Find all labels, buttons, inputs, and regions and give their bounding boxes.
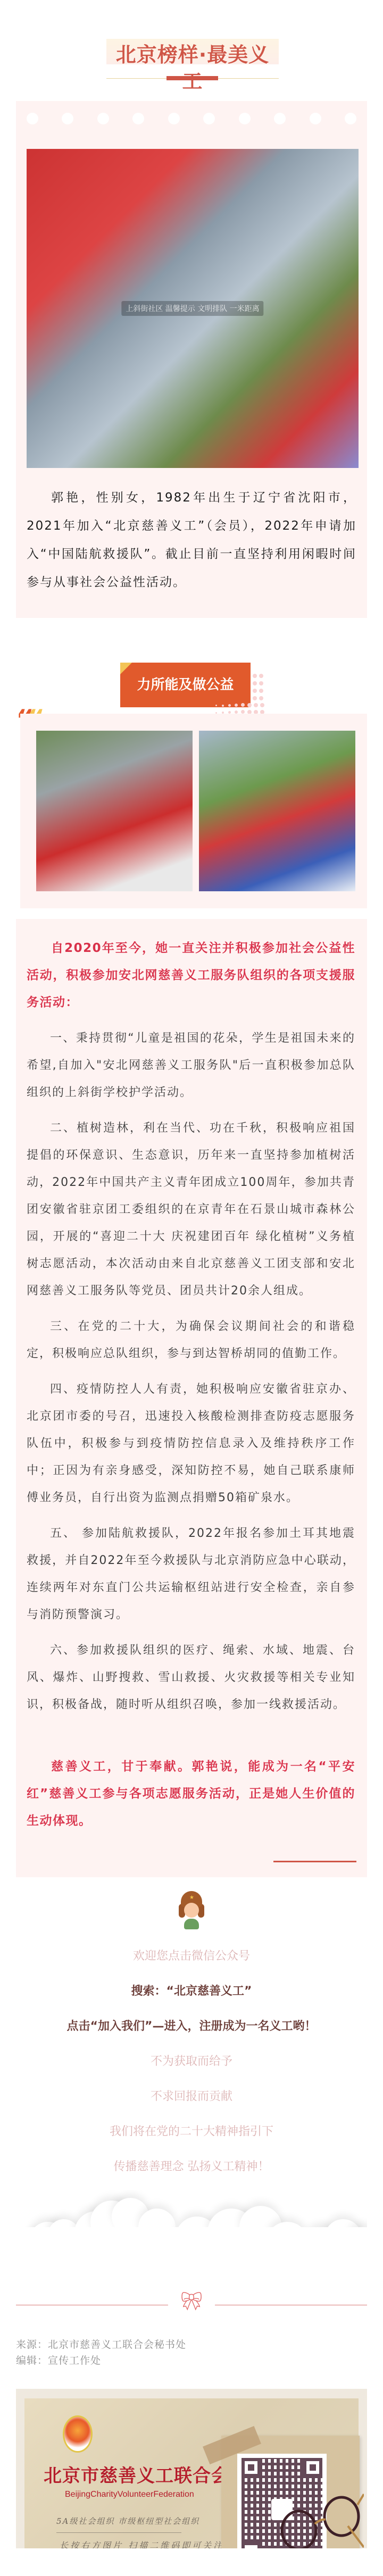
org-banner: 北京市慈善义工联合会 BeijingCharityVolunteerFedera…	[16, 2389, 367, 2548]
dot-icon	[203, 113, 215, 124]
section-badge-wrap: 力所能及做公益	[0, 618, 383, 714]
photo-gallery-card	[20, 714, 367, 908]
dot-icon	[97, 113, 109, 124]
photo-sign-text: 上斜街社区 温馨提示 文明排队 一米距离	[121, 301, 263, 316]
page-title: 北京榜样·最美义工	[106, 41, 279, 95]
org-tagline: 5A级社会组织 市级枢纽型社会组织	[56, 2515, 199, 2527]
cta-line-search: 搜索：“北京慈善义工”	[0, 1974, 383, 2009]
glasses-icon	[273, 2489, 364, 2548]
lead-paragraph: 自2020年至今，她一直关注并积极参加社会公益性活动，积极参加安北网慈善义工服务…	[27, 935, 355, 1016]
mascot-icon: ★	[179, 1891, 204, 1930]
body-paragraph-4: 四、疫情防控人人有责，她积极响应安徽省驻京办、北京团市委的号召，迅速投入核酸检测…	[27, 1376, 355, 1511]
gallery-photo-2[interactable]	[199, 731, 355, 891]
body-paragraph-2: 二、植树造林，利在当代、功在千秋，积极响应祖国提倡的环保意识、生态意识，历年来一…	[27, 1115, 355, 1304]
source-info: 来源：北京市慈善义工联合会秘书处 编辑：宣传工作处	[16, 2337, 367, 2369]
cta-line-slogan-4: 传播慈善理念 弘扬义工精神！	[0, 2150, 383, 2185]
cta-line-welcome: 欢迎您点击微信公众号	[0, 1939, 383, 1974]
dot-icon	[310, 113, 321, 124]
editor-line: 编辑：宣传工作处	[16, 2353, 367, 2369]
org-logo-icon	[63, 2415, 93, 2453]
qr-instruction: 长按右方图片 扫描二维码即可关注	[60, 2539, 224, 2548]
body-paragraph-3: 三、在党的二十大，为确保会议期间社会的和谐稳定，积极响应总队组织，参与到达智桥胡…	[27, 1313, 355, 1367]
dot-icon	[168, 113, 180, 124]
ribbon-divider: 🎀︎	[16, 2289, 367, 2321]
cta-line-slogan-1: 不为获取而给予	[0, 2044, 383, 2079]
dot-icon	[62, 113, 73, 124]
body-paragraph-6: 六、参加救援队组织的医疗、绳索、水域、地震、台风、爆炸、山野搜救、雪山救援、火灾…	[27, 1637, 355, 1718]
decorative-dots	[27, 113, 356, 124]
org-name: 北京市慈善义工联合会	[44, 2461, 230, 2487]
dot-icon	[132, 113, 144, 124]
org-name-en: BeijingCharityVolunteerFederation	[65, 2490, 194, 2499]
cta-line-join: 点击“加入我们”—进入，注册成为一名义工哟！	[0, 2009, 383, 2044]
profile-photo[interactable]: 上斜街社区 温馨提示 文明排队 一米距离	[27, 149, 359, 468]
cta-line-slogan-3: 我们将在党的二十大精神指引下	[0, 2114, 383, 2150]
article-page: 北京榜样·最美义工 上斜街社区 温馨提示 文明排队 一米距离 郭艳，性别女，19…	[0, 0, 383, 2576]
dot-icon	[345, 113, 356, 124]
cloud-decoration	[16, 2190, 367, 2270]
ribbon-bow-icon: 🎀︎	[180, 2291, 203, 2312]
divider-line-right	[215, 2305, 367, 2305]
body-paragraph-1: 一、秉持贯彻“儿童是祖国的花朵，学生是祖国未来的希望,自加入"安北网慈善义工服务…	[27, 1025, 355, 1106]
profile-card: 上斜街社区 温馨提示 文明排队 一米距离 郭艳，性别女，1982年出生于辽宁省沈…	[16, 101, 367, 618]
dot-icon	[239, 113, 251, 124]
dot-icon	[27, 113, 38, 124]
source-line: 来源：北京市慈善义工联合会秘书处	[16, 2337, 367, 2353]
page-bottom-spacer	[0, 2548, 383, 2576]
follow-cta: ★ 欢迎您点击微信公众号 搜索：“北京慈善义工” 点击“加入我们”—进入，注册成…	[0, 1877, 383, 2185]
body-card: 自2020年至今，她一直关注并积极参加社会公益性活动，积极参加安北网慈善义工服务…	[16, 919, 367, 1877]
cta-line-slogan-2: 不求回报而贡献	[0, 2079, 383, 2114]
title-accent-bar	[166, 76, 218, 80]
card-accent-line	[273, 1861, 356, 1862]
article-header: 北京榜样·最美义工	[0, 0, 383, 96]
divider-line-left	[16, 2305, 168, 2305]
closing-paragraph: 慈善义工，甘于奉献。郭艳说，能成为一名“平安红”慈善义工参与各项志愿服务活动，正…	[27, 1753, 355, 1835]
dot-icon	[274, 113, 286, 124]
profile-intro: 郭艳，性别女，1982年出生于辽宁省沈阳市，2021年加入“北京慈善义工”（会员…	[27, 484, 356, 597]
gallery-photo-1[interactable]	[36, 731, 193, 891]
banner-paper: 北京市慈善义工联合会 BeijingCharityVolunteerFedera…	[24, 2398, 359, 2548]
tagline-rule	[56, 2532, 181, 2533]
body-paragraph-5: 五、 参加陆航救援队，2022年报名参加土耳其地震救援，并自2022年至今救援队…	[27, 1520, 355, 1628]
